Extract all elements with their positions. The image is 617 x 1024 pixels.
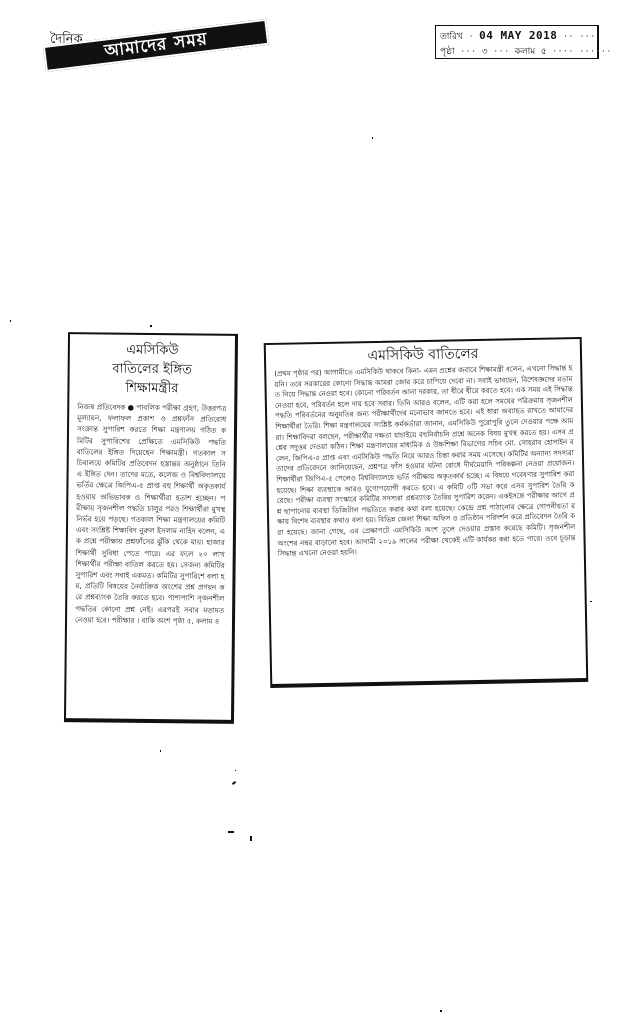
date-label: তারিখ bbox=[440, 32, 463, 42]
date-stamp: তারিখ · 04 MAY 2018 ·· ··· পৃষ্ঠা ··· ৩ … bbox=[435, 25, 599, 59]
newspaper-masthead: দৈনিক আমাদের সময় bbox=[46, 30, 276, 78]
page-value: ৩ bbox=[482, 47, 488, 57]
page-label: পৃষ্ঠা bbox=[440, 47, 455, 57]
headline-line: শিক্ষামন্ত্রীর bbox=[77, 378, 226, 399]
clipping-body: নিজস্ব প্রতিবেদক ● পাবলিক পরীক্ষা গ্রহণ,… bbox=[75, 401, 226, 627]
page-column-row: পৃষ্ঠা ··· ৩ ··· কলাম ৫ ···· ······ bbox=[440, 44, 612, 59]
column-label: কলাম bbox=[515, 47, 536, 57]
date-row: তারিখ · 04 MAY 2018 ·· ··· bbox=[440, 29, 595, 44]
headline-line: বাতিলের ইঙ্গিত bbox=[78, 359, 227, 380]
clipping-headline: এমসিকিউ বাতিলের ইঙ্গিত শিক্ষামন্ত্রীর bbox=[77, 340, 227, 399]
headline-line: এমসিকিউ bbox=[78, 340, 227, 361]
date-value: 04 MAY 2018 bbox=[479, 29, 557, 42]
newspaper-name-logo: আমাদের সময় bbox=[43, 19, 269, 72]
column-value: ৫ bbox=[541, 47, 547, 57]
news-clipping-front: এমসিকিউ বাতিলের ইঙ্গিত শিক্ষামন্ত্রীর নি… bbox=[64, 332, 238, 724]
news-clipping-continuation: এমসিকিউ বাতিলের (প্রথম পৃষ্ঠার পর) আগামী… bbox=[264, 337, 589, 688]
clipping-body: (প্রথম পৃষ্ঠার পর) আগামীতে এমসিকিউ থাকবে… bbox=[274, 363, 576, 559]
